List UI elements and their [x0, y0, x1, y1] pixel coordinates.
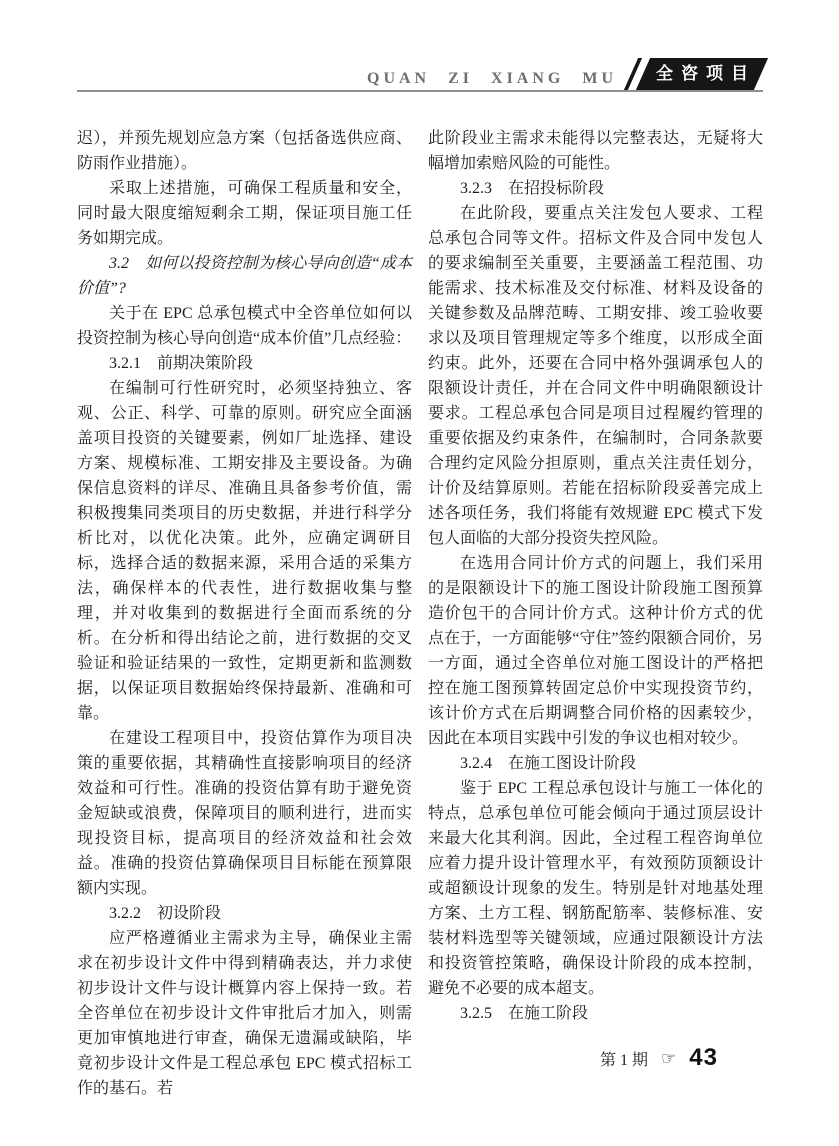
article-body: 迟），并预先规划应急方案（包括备选供应商、防雨作业措施）。 采取上述措施，可确保…	[77, 126, 763, 1101]
question-heading-3-2: 3.2 如何以投资控制为核心导向创造“成本价值”?	[77, 251, 412, 301]
journal-pinyin-title: QUAN ZI XIANG MU	[367, 70, 617, 90]
journal-logo-badge: 全咨项目	[643, 58, 761, 90]
page-number: 43	[689, 1044, 718, 1072]
page-footer: 第 1 期 ☞ 43	[77, 1044, 718, 1072]
paragraph: 在此阶段，要重点关注发包人要求、工程总承包合同等文件。招标文件及合同中发包人的要…	[428, 201, 763, 551]
section-heading-3-2-2: 3.2.2 初设阶段	[77, 901, 412, 926]
paragraph: 在选用合同计价方式的问题上，我们采用的是限额设计下的施工图设计阶段施工图预算造价…	[428, 551, 763, 751]
section-heading-3-2-1: 3.2.1 前期决策阶段	[77, 351, 412, 376]
right-column: 此阶段业主需求未能得以完整表达，无疑将大幅增加索赔风险的可能性。 3.2.3 在…	[428, 126, 763, 1101]
left-column: 迟），并预先规划应急方案（包括备选供应商、防雨作业措施）。 采取上述措施，可确保…	[77, 126, 412, 1101]
paragraph: 在建设工程项目中，投资估算作为项目决策的重要依据，其精确性直接影响项目的经济效益…	[77, 726, 412, 901]
issue-label: 第 1 期	[600, 1047, 648, 1070]
paragraph-continuation: 此阶段业主需求未能得以完整表达，无疑将大幅增加索赔风险的可能性。	[428, 126, 763, 176]
pointing-hand-icon: ☞	[661, 1050, 676, 1067]
journal-badge-label: 全咨项目	[643, 58, 761, 90]
paragraph: 应严格遵循业主需求为主导，确保业主需求在初步设计文件中得到精确表达，并力求使初步…	[77, 926, 412, 1101]
section-heading-3-2-5: 3.2.5 在施工阶段	[428, 1001, 763, 1026]
section-heading-3-2-4: 3.2.4 在施工图设计阶段	[428, 751, 763, 776]
paragraph: 在编制可行性研究时，必须坚持独立、客观、公正、科学、可靠的原则。研究应全面涵盖项…	[77, 376, 412, 726]
paragraph: 关于在 EPC 总承包模式中全咨单位如何以投资控制为核心导向创造“成本价值”几点…	[77, 301, 412, 351]
paragraph-continuation: 迟），并预先规划应急方案（包括备选供应商、防雨作业措施）。	[77, 126, 412, 176]
paragraph: 鉴于 EPC 工程总承包设计与施工一体化的特点，总承包单位可能会倾向于通过顶层设…	[428, 776, 763, 1001]
page-header: QUAN ZI XIANG MU 全咨项目	[77, 56, 763, 92]
paragraph: 采取上述措施，可确保工程质量和安全，同时最大限度缩短剩余工期，保证项目施工任务如…	[77, 176, 412, 251]
journal-page: QUAN ZI XIANG MU 全咨项目 迟），并预先规划应急方案（包括备选供…	[0, 0, 839, 1146]
section-heading-3-2-3: 3.2.3 在招投标阶段	[428, 176, 763, 201]
